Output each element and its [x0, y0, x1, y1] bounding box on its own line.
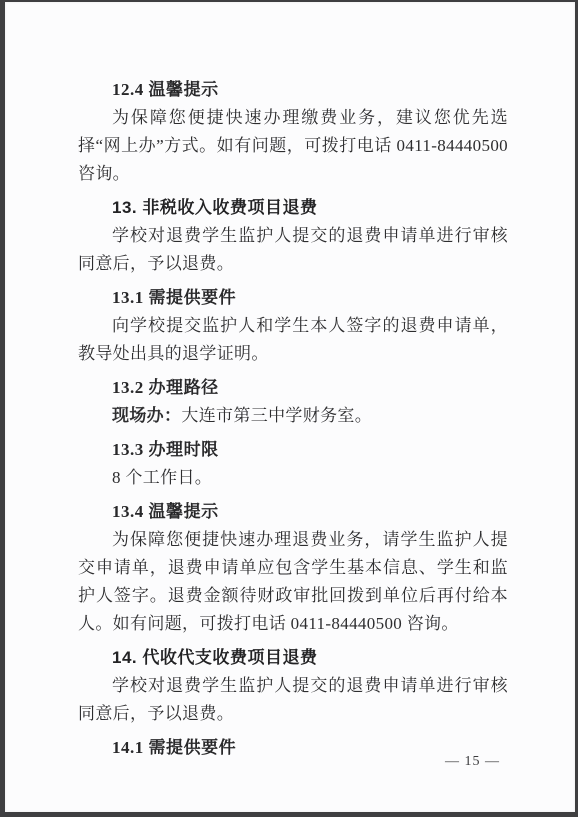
onsite-service-label: 现场办： — [112, 406, 181, 425]
paragraph-13-3-text: 8 个工作日。 — [78, 464, 508, 492]
heading-14-collection-refund: 14. 代收代支收费项目退费 — [78, 644, 508, 672]
onsite-service-value: 大连市第三中学财务室。 — [181, 406, 372, 425]
paragraph-12-4-tip-text: 为保障您便捷快速办理缴费业务，建议您优先选择“网上办”方式。如有问题，可拨打电话… — [78, 104, 508, 188]
subheading-13-3-time-limit: 13.3 办理时限 — [78, 436, 508, 464]
heading-13-nontax-refund: 13. 非税收入收费项目退费 — [78, 194, 508, 222]
document-viewport: 12.4 温馨提示 为保障您便捷快速办理缴费业务，建议您优先选择“网上办”方式。… — [0, 0, 578, 817]
subheading-13-2-route: 13.2 办理路径 — [78, 374, 508, 402]
subheading-12-4-tips: 12.4 温馨提示 — [78, 76, 508, 104]
paragraph-13-4-tip-text: 为保障您便捷快速办理退费业务，请学生监护人提交申请单，退费申请单应包含学生基本信… — [78, 526, 508, 638]
subheading-13-1-requirements: 13.1 需提供要件 — [78, 284, 508, 312]
subheading-14-1-requirements: 14.1 需提供要件 — [78, 734, 508, 762]
document-page: 12.4 温馨提示 为保障您便捷快速办理缴费业务，建议您优先选择“网上办”方式。… — [5, 2, 575, 812]
page-number: — 15 — — [445, 752, 500, 772]
paragraph-14-intro: 学校对退费学生监护人提交的退费申请单进行审核同意后，予以退费。 — [78, 672, 508, 728]
subheading-13-4-tips: 13.4 温馨提示 — [78, 498, 508, 526]
paragraph-13-intro: 学校对退费学生监护人提交的退费申请单进行审核同意后，予以退费。 — [78, 222, 508, 278]
document-content: 12.4 温馨提示 为保障您便捷快速办理缴费业务，建议您优先选择“网上办”方式。… — [78, 70, 508, 762]
paragraph-13-2-route-text: 现场办：大连市第三中学财务室。 — [78, 402, 508, 430]
paragraph-13-1-text: 向学校提交监护人和学生本人签字的退费申请单，教导处出具的退学证明。 — [78, 312, 508, 368]
